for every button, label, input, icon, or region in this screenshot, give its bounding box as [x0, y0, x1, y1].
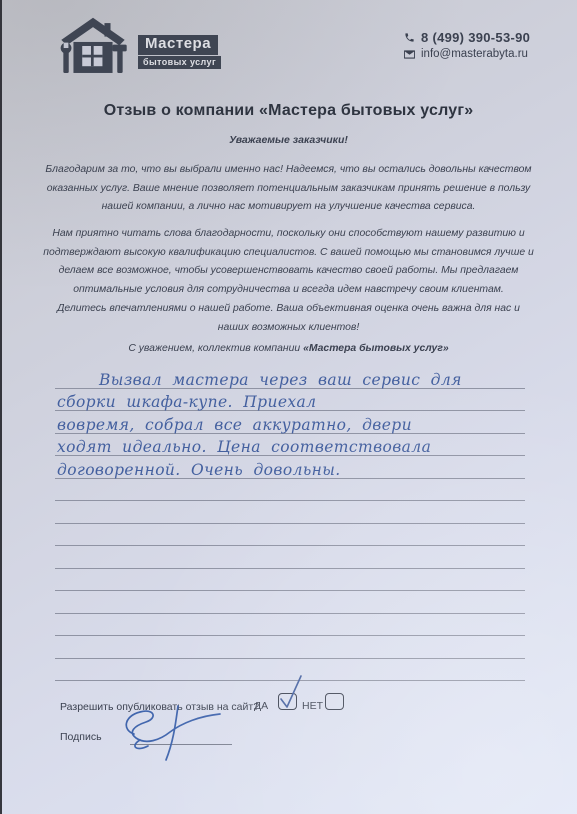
email-icon: [404, 50, 415, 59]
signature-label: Подпись: [60, 731, 102, 743]
yes-label: ДА: [254, 700, 268, 712]
signoff-prefix: С уважением, коллектив компании: [128, 343, 303, 354]
review-writing-area: Вызвал мастера через ваш сервис для сбор…: [55, 366, 525, 681]
logo-wordmark: Мастера бытовых услуг: [138, 35, 221, 69]
company-logo: Мастера бытовых услуг: [58, 15, 221, 77]
review-line: ходят идеально. Цена соответствовала: [55, 434, 525, 457]
empty-ruled-line: [55, 614, 525, 637]
empty-ruled-line: [55, 546, 525, 569]
empty-ruled-line: [55, 569, 525, 592]
handwritten-signature: [116, 700, 236, 764]
phone-icon: [404, 32, 415, 43]
review-line: Вызвал мастера через ваш сервис для: [55, 366, 525, 389]
handwritten-text: Вызвал мастера через ваш сервис для: [99, 371, 462, 389]
house-tools-icon: [58, 15, 128, 77]
empty-ruled-line: [55, 479, 525, 502]
review-line: договоренной. Очень довольны.: [55, 456, 525, 479]
no-checkbox: [325, 693, 344, 710]
salutation: Уважаемые заказчики!: [0, 134, 577, 146]
email-address: info@masterabyta.ru: [421, 48, 528, 60]
page-title: Отзыв о компании «Мастера бытовых услуг»: [0, 102, 577, 120]
email-row: info@masterabyta.ru: [404, 48, 530, 60]
handwritten-text: договоренной. Очень довольны.: [57, 461, 341, 479]
signoff-line: С уважением, коллектив компании «Мастера…: [0, 343, 577, 354]
signoff-company: «Мастера бытовых услуг»: [303, 343, 449, 354]
yes-checkmark-icon: [276, 674, 304, 714]
phone-row: 8 (499) 390-53-90: [404, 30, 530, 45]
handwritten-text: ходят идеально. Цена соответствовала: [57, 438, 431, 456]
logo-brand-name: Мастера: [138, 35, 218, 55]
intro-paragraph: Благодарим за то, что вы выбрали именно …: [43, 161, 534, 217]
empty-ruled-line: [55, 591, 525, 614]
review-line: вовремя, собрал все аккуратно, двери: [55, 411, 525, 434]
no-label: НЕТ: [302, 700, 323, 712]
gratitude-paragraph: Нам приятно читать слова благодарности, …: [43, 225, 534, 299]
contact-block: 8 (499) 390-53-90 info@masterabyta.ru: [404, 30, 530, 63]
empty-ruled-line: [55, 501, 525, 524]
phone-number: 8 (499) 390-53-90: [421, 30, 530, 45]
review-line: сборки шкафа-купе. Приехал: [55, 389, 525, 412]
logo-brand-subtitle: бытовых услуг: [138, 56, 221, 70]
review-form-page: Мастера бытовых услуг 8 (499) 390-53-90 …: [0, 0, 577, 814]
handwritten-text: сборки шкафа-купе. Приехал: [57, 393, 316, 411]
share-feedback-paragraph: Делитесь впечатлениями о нашей работе. В…: [43, 300, 534, 337]
handwritten-text: вовремя, собрал все аккуратно, двери: [57, 416, 412, 434]
empty-ruled-line: [55, 636, 525, 659]
scan-edge: [0, 0, 2, 814]
empty-ruled-line: [55, 524, 525, 547]
